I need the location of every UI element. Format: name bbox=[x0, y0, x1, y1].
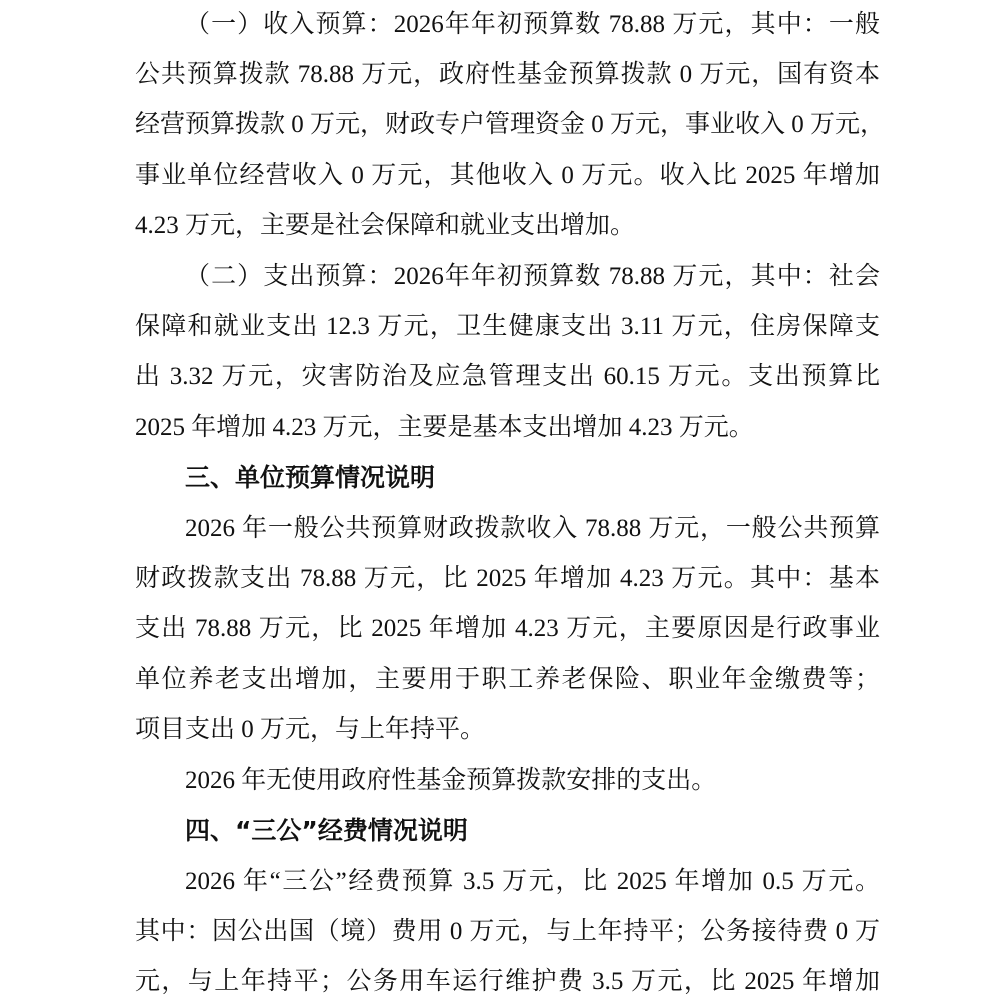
text-line: 2026 年一般公共预算财政拨款收入 78.88 万元，一般公共预算 bbox=[185, 504, 880, 554]
text-line: （二）支出预算：2026年年初预算数 78.88 万元，其中：社会 bbox=[185, 252, 880, 302]
text-line: 2026 年无使用政府性基金预算拨款安排的支出。 bbox=[185, 756, 880, 806]
text-line: 4.23 万元，主要是社会保障和就业支出增加。 bbox=[135, 201, 880, 251]
text-line: 出 3.32 万元，灾害防治及应急管理支出 60.15 万元。支出预算比 bbox=[135, 352, 880, 402]
section-heading-three-public: 四、“三公”经费情况说明 bbox=[185, 806, 880, 856]
text-line: 支出 78.88 万元，比 2025 年增加 4.23 万元，主要原因是行政事业 bbox=[135, 604, 880, 654]
text-line: 事业单位经营收入 0 万元，其他收入 0 万元。收入比 2025 年增加 bbox=[135, 151, 880, 201]
text-line: 单位养老支出增加，主要用于职工养老保险、职业年金缴费等； bbox=[135, 655, 880, 705]
text-line: 2025 年增加 4.23 万元，主要是基本支出增加 4.23 万元。 bbox=[135, 403, 880, 453]
text-line: 2026 年“三公”经费预算 3.5 万元，比 2025 年增加 0.5 万元。 bbox=[185, 857, 880, 907]
text-line: 公共预算拨款 78.88 万元，政府性基金预算拨款 0 万元，国有资本 bbox=[135, 50, 880, 100]
text-line: 项目支出 0 万元，与上年持平。 bbox=[135, 705, 880, 755]
text-line: 财政拨款支出 78.88 万元，比 2025 年增加 4.23 万元。其中：基本 bbox=[135, 554, 880, 604]
text-line: 保障和就业支出 12.3 万元，卫生健康支出 3.11 万元，住房保障支 bbox=[135, 302, 880, 352]
text-line: 经营预算拨款 0 万元，财政专户管理资金 0 万元，事业收入 0 万元， bbox=[135, 100, 880, 150]
text-line: 元，与上年持平；公务用车运行维护费 3.5 万元，比 2025 年增加 bbox=[135, 957, 880, 1003]
text-line: 其中：因公出国（境）费用 0 万元，与上年持平；公务接待费 0 万 bbox=[135, 907, 880, 957]
text-line: （一）收入预算：2026年年初预算数 78.88 万元，其中：一般 bbox=[185, 0, 880, 50]
section-heading-unit-budget: 三、单位预算情况说明 bbox=[185, 453, 880, 503]
